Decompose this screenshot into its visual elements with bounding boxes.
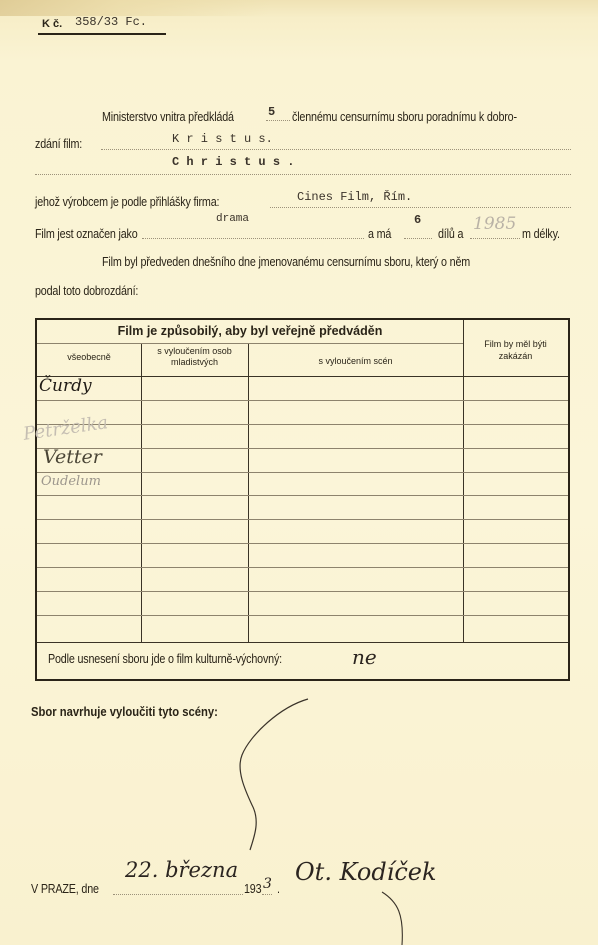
row-line bbox=[37, 591, 568, 592]
signature-row-1[interactable]: Čurdy bbox=[39, 376, 92, 396]
row-line bbox=[37, 519, 568, 520]
genre-value[interactable]: drama bbox=[216, 213, 249, 225]
reference-label: K č. bbox=[42, 18, 62, 30]
parts-line bbox=[404, 238, 432, 239]
genre-line bbox=[142, 238, 364, 239]
producer-label: jehož výrobcem je podle přihlášky firma: bbox=[35, 195, 219, 209]
date-line bbox=[113, 894, 243, 895]
film-label: zdání film: bbox=[35, 137, 82, 151]
length-suffix: m délky. bbox=[522, 227, 560, 241]
designation-label: Film jest označen jako bbox=[35, 227, 138, 241]
col-header-mladistvych-line1: s vyloučením osob bbox=[141, 346, 248, 357]
year-end: . bbox=[277, 882, 280, 896]
col-header-mladistvych-line2: mladistvých bbox=[141, 357, 248, 368]
col-header-mladistvych: s vyloučením osob mladistvých bbox=[141, 346, 248, 368]
col-header-scen: s vyloučením scén bbox=[248, 356, 463, 366]
header-bottom-line bbox=[37, 376, 568, 377]
chair-signature[interactable]: Ot. Kodíček bbox=[295, 858, 437, 886]
intro-text-prefix: Ministerstvo vnitra předkládá bbox=[102, 110, 234, 124]
reference-number: 358/33 Fc. bbox=[75, 15, 147, 29]
body-bottom-line bbox=[37, 642, 568, 643]
cultural-film-label: Podle usnesení sboru jde o film kulturně… bbox=[48, 652, 282, 666]
screening-text-line2: podal toto dobrozdání: bbox=[35, 284, 138, 298]
group-header: Film je způsobilý, aby byl veřejně předv… bbox=[37, 324, 463, 338]
row-line bbox=[37, 400, 568, 401]
col-header-vseobecne: všeobecně bbox=[37, 352, 141, 362]
row-line bbox=[37, 615, 568, 616]
excluded-scenes-label: Sbor navrhuje vyloučiti tyto scény: bbox=[31, 705, 218, 719]
parts-suffix: dílů a bbox=[438, 227, 463, 241]
parts-label: a má bbox=[368, 227, 391, 241]
members-count[interactable]: 5 bbox=[268, 105, 275, 119]
row-line bbox=[37, 495, 568, 496]
signature-tail-stroke bbox=[380, 890, 410, 945]
year-suffix[interactable]: 3 bbox=[263, 876, 272, 892]
cultural-film-value[interactable]: ne bbox=[352, 645, 377, 669]
producer-value[interactable]: Cines Film, Řím. bbox=[297, 190, 412, 204]
header-divider bbox=[37, 343, 463, 344]
place-label: V PRAZE, dne bbox=[31, 882, 99, 896]
screening-text-line1: Film byl předveden dnešního dne jmenovan… bbox=[102, 255, 470, 269]
film-title-second-line bbox=[35, 174, 571, 175]
col-header-zakazan-line2: zakázán bbox=[463, 350, 568, 362]
producer-line bbox=[270, 207, 571, 208]
parts-value[interactable]: 6 bbox=[414, 213, 421, 227]
date-handwritten[interactable]: 22. března bbox=[125, 858, 238, 882]
row-line bbox=[37, 567, 568, 568]
col-divider-zakazan bbox=[463, 320, 464, 642]
length-line bbox=[470, 238, 520, 239]
length-value[interactable]: 1985 bbox=[473, 214, 516, 234]
verdict-table: Film je způsobilý, aby byl veřejně předv… bbox=[35, 318, 570, 681]
paper-fold-shadow bbox=[0, 0, 598, 16]
year-line bbox=[262, 894, 272, 895]
year-prefix: 193 bbox=[244, 882, 261, 896]
intro-text-suffix: člennému censurnímu sboru poradnímu k do… bbox=[292, 110, 517, 124]
film-title-original[interactable]: C h r i s t u s . bbox=[172, 155, 294, 169]
col-header-zakazan: Film by měl býti zakázán bbox=[463, 338, 568, 362]
pen-stroke-decoration bbox=[230, 695, 310, 855]
film-title-line bbox=[101, 149, 571, 150]
signature-row-2[interactable]: Petrželka bbox=[22, 412, 109, 445]
col-header-zakazan-line1: Film by měl býti bbox=[463, 338, 568, 350]
row-line bbox=[37, 424, 568, 425]
signature-row-4[interactable]: Vetter bbox=[43, 446, 102, 468]
row-line bbox=[37, 448, 568, 449]
reference-underline bbox=[38, 33, 166, 35]
col-divider-2 bbox=[248, 344, 249, 642]
film-title-czech[interactable]: K r i s t u s. bbox=[172, 132, 273, 146]
col-divider-1 bbox=[141, 344, 142, 642]
row-line bbox=[37, 472, 568, 473]
members-count-line bbox=[266, 120, 290, 121]
row-line bbox=[37, 543, 568, 544]
signature-row-5[interactable]: Oudelum bbox=[41, 474, 101, 489]
